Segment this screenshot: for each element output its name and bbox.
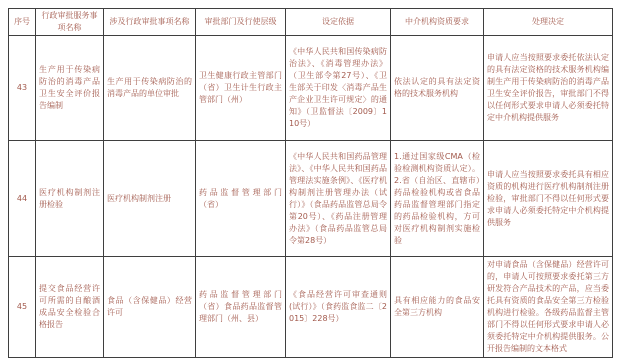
decision: 申请人应当按照要求委托依法认定的具有法定资格的技术服务机构编制生产用于传染病防治… [484,36,613,141]
serial-no: 43 [9,36,36,141]
column-header-intermediary-requirements: 中介机构资质要求 [391,9,484,36]
basis: 《中华人民共和国药品管理法》、《中华人民共和国药品管理法实施条例》、《医疗机构制… [286,141,391,257]
table-row: 45 提交食品经营许可所需的自酿酒成品安全检验合格报告 食品（含保健品）经营许可… [9,257,613,358]
table-header-row: 序号 行政审批服务事项名称 涉及行政审批事项名称 审批部门及行使层级 设定依据 … [9,9,613,36]
document-page: 序号 行政审批服务事项名称 涉及行政审批事项名称 审批部门及行使层级 设定依据 … [8,8,612,353]
column-header-serial-no: 序号 [9,9,36,36]
service-name: 生产用于传染病防治的消毒产品卫生安全评价报告编制 [36,36,104,141]
department: 药品监督管理部门（省）食品药品监督管理部门（州、县） [196,257,286,358]
related-item: 食品（含保健品）经营许可 [104,257,196,358]
intermediary-requirements: 具有相应能力的食品安全第三方机构 [391,257,484,358]
column-header-service-name: 行政审批服务事项名称 [36,9,104,36]
decision: 对申请食品（含保健品）经营许可的，申请人可按照要求委托第三方研发符合产品技术的产… [484,257,613,358]
basis: 《中华人民共和国传染病防治法》、《消毒管理办法》（卫生部令第27号）、《卫生部关… [286,36,391,141]
related-item: 医疗机构制剂注册 [104,141,196,257]
service-name: 医疗机构制剂注册检验 [36,141,104,257]
department: 卫生健康行政主管部门（省）卫生计生行政主管部门（州） [196,36,286,141]
intermediary-requirements: 1.通过国家级CMA（检验检测机构资质认定）。2.省（自治区、直辖市）药品检验机… [391,141,484,257]
table-row: 44 医疗机构制剂注册检验 医疗机构制剂注册 药品监督管理部门（省） 《中华人民… [9,141,613,257]
decision: 申请人应当按照要求委托具有相应资质的机构进行医疗机构制剂注册检验，审批部门不得以… [484,141,613,257]
approval-items-table: 序号 行政审批服务事项名称 涉及行政审批事项名称 审批部门及行使层级 设定依据 … [8,8,613,358]
related-item: 生产用于传染病防治的消毒产品的单位审批 [104,36,196,141]
department: 药品监督管理部门（省） [196,141,286,257]
column-header-related-item: 涉及行政审批事项名称 [104,9,196,36]
table-row: 43 生产用于传染病防治的消毒产品卫生安全评价报告编制 生产用于传染病防治的消毒… [9,36,613,141]
column-header-decision: 处理决定 [484,9,613,36]
column-header-department: 审批部门及行使层级 [196,9,286,36]
serial-no: 44 [9,141,36,257]
service-name: 提交食品经营许可所需的自酿酒成品安全检验合格报告 [36,257,104,358]
column-header-basis: 设定依据 [286,9,391,36]
basis: 《食品经营许可审查通则(试行）》（食药监食监二〔2015〕228号） [286,257,391,358]
serial-no: 45 [9,257,36,358]
intermediary-requirements: 依法认定的具有法定资格的技术服务机构 [391,36,484,141]
